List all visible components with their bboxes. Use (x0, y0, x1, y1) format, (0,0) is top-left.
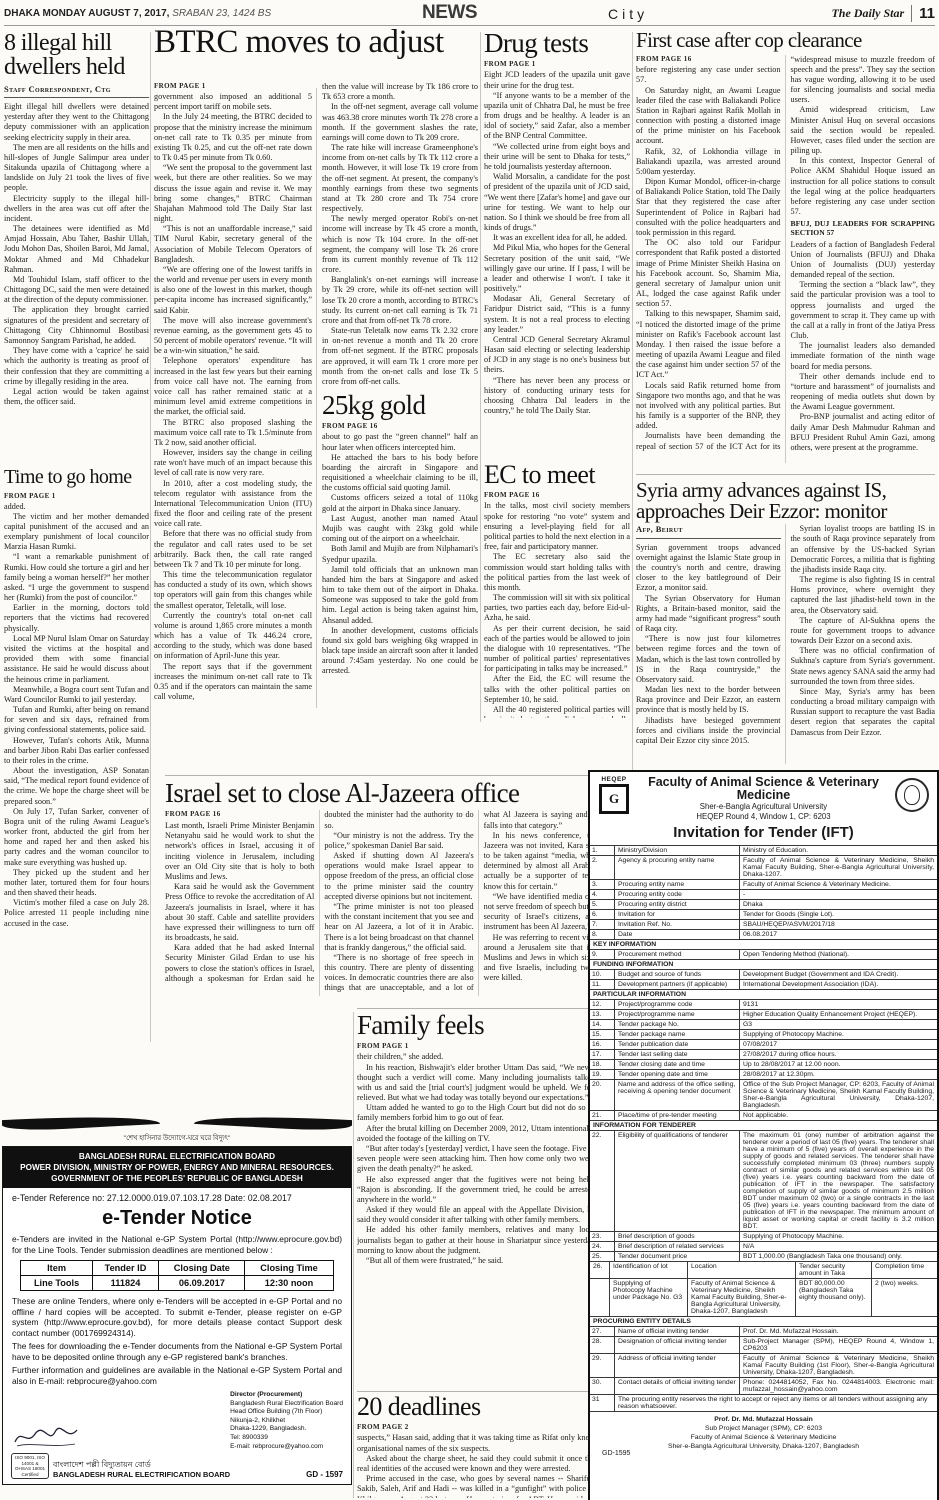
ift-n: 12. (590, 1000, 615, 1009)
headline: Drug tests (484, 30, 630, 56)
article-body: suspects,” Hasan said, adding that it wa… (357, 1433, 595, 1498)
ift-value: Supplying of Photocopy Machine. (740, 1030, 937, 1039)
ift-n: 19. (590, 1070, 615, 1079)
paragraph: suspects,” Hasan said, adding that it wa… (357, 1433, 595, 1453)
horizontal-rule (636, 474, 935, 475)
paragraph: He added his other family members, relat… (357, 1225, 595, 1256)
ift-row: 1.Ministry/DivisionMinistry of Education… (590, 845, 937, 855)
ift-label: Invitation Ref. No. (615, 920, 740, 929)
paragraph: Syrian government troops advanced overni… (636, 543, 781, 594)
paragraph: The Syrian Observatory for Human Rights,… (636, 594, 781, 635)
lot-cell-security: BDT 80,000.00 (Bangladesh Taka eighty th… (796, 1279, 872, 1316)
ift-row: 16.Tender publication date07/08/2017 (590, 1039, 937, 1049)
ift-row: 27.Name of official inviting tenderProf.… (590, 1326, 937, 1336)
ift-n: 30. (590, 1378, 615, 1394)
paragraph: Before that there was no official study … (154, 529, 312, 570)
paragraph: Legal action would be taken against them… (4, 387, 149, 407)
paragraph: The move will also increase government's… (154, 316, 312, 357)
cell-closing-date: 06.09.2017 (159, 1276, 245, 1291)
paragraph: The report says that if the government i… (154, 662, 312, 703)
vertical-rule (480, 32, 481, 722)
ad-body: BANGLADESH RURAL ELECTRIFICATION BOARD P… (2, 1146, 352, 1485)
article-body: In the talks, most civil society members… (484, 501, 630, 718)
ift-row: 29.Address of official inviting tenderFa… (590, 1353, 937, 1377)
ift-row: 24.Brief description of related services… (590, 1241, 937, 1251)
vertical-rule (353, 1012, 354, 1498)
continuation-slug: FROM PAGE 1 (154, 82, 312, 90)
ift-n: 16. (590, 1040, 615, 1049)
masthead-block: The Daily Star 11 (831, 5, 935, 22)
paragraph: their children,” she added. (357, 1052, 595, 1062)
lot-number: 26. (590, 1262, 610, 1279)
col-header-closing-time: Closing Time (245, 1261, 333, 1276)
paragraph: Rafik, 32, of Lokhondia village in Balia… (636, 147, 781, 178)
paragraph: The newly merged operator Robi's on-net … (322, 214, 478, 275)
ift-row: 14.Tender package No.G3 (590, 1019, 937, 1029)
paragraph: The OC also told our Faridpur correspond… (636, 238, 781, 309)
text-line: Dhaka-1229, Bangladesh. (230, 1425, 343, 1434)
article-20-deadlines: 20 deadlines FROM PAGE 2 suspects,” Hasa… (357, 1394, 595, 1498)
ift-label: Procuring entity code (615, 890, 740, 899)
horizontal-rule (357, 1008, 595, 1009)
paragraph: The rate hike will increase Grameenphone… (322, 143, 478, 214)
text-line: Sub Project Manager (SPM), CP: 6203 (596, 1424, 931, 1433)
ift-n: 20. (590, 1080, 615, 1110)
ift-label: Tender package name (615, 1030, 740, 1039)
ift-label: Name and address of the office selling, … (615, 1080, 740, 1110)
paragraph: “The prime minister is not too pleased w… (324, 902, 473, 953)
article-subhead: BFUJ, DUJ LEADERS FOR SCRAPPING SECTION … (791, 219, 936, 237)
paragraph: Modasar Ali, General Secretary of Faridp… (484, 294, 630, 335)
ift-row: 11.Development partners (if applicable)I… (590, 979, 937, 989)
paragraph: Syrian loyalist troops are battling IS i… (791, 524, 936, 575)
ift-n: 9. (590, 950, 615, 959)
ad-org-band: BANGLADESH RURAL ELECTRIFICATION BOARD P… (3, 1147, 351, 1188)
article-body: FROM PAGE 16 Last month, Israeli Prime M… (165, 810, 633, 996)
ift-value: Development Budget (Government and IDA C… (740, 970, 937, 979)
paragraph: Locals said Rafik returned home from Sin… (636, 381, 781, 432)
lot-header-completion: Completion time (872, 1262, 937, 1279)
paragraph: Since May, Syria's army has been conduct… (791, 687, 936, 738)
ift-label: Name of official inviting tender (615, 1327, 740, 1336)
paragraph: Uttam added he wanted to go to the High … (357, 1103, 595, 1123)
paragraph: The capture of Al-Sukhna opens the route… (791, 616, 936, 647)
ift-gd-number: GD-1595 (596, 1450, 939, 1459)
section-label-city: City (608, 6, 648, 22)
ift-label: Place/time of pre-tender meeting (615, 1111, 740, 1120)
article-israel: Israel set to close Al-Jazeera office FR… (165, 780, 633, 1006)
wing-left-icon (2, 1112, 160, 1132)
article-body: added.The victim and her mother demanded… (4, 502, 149, 929)
paragraph: In the talks, most civil society members… (484, 501, 630, 552)
ift-row: 13.Project/programme nameHigher Educatio… (590, 1009, 937, 1019)
paragraph: Banglalink's on-net earnings will increa… (322, 275, 478, 326)
vertical-rule (150, 32, 151, 1042)
ift-n: 21. (590, 1111, 615, 1120)
ad-org-footer: বাংলাদেশ পল্লী বিদ্যুতায়ন বোর্ড BANGLAD… (53, 1460, 230, 1479)
article-ec-to-meet: EC to meet FROM PAGE 16 In the talks, mo… (484, 462, 630, 718)
text-line: Prof. Dr. Md. Mufazzal Hossain (596, 1415, 931, 1424)
ift-value: Not applicable. (740, 1111, 937, 1120)
ift-value: Office of the Sub Project Manager, CP: 6… (740, 1080, 937, 1110)
paragraph: Asked if they would file an appeal with … (357, 1205, 595, 1225)
article-btrc-headline: BTRC moves to adjust (154, 26, 478, 80)
ift-n: 28. (590, 1337, 615, 1353)
paragraph: The commission will sit with six politic… (484, 593, 630, 624)
paragraph: before registering any case under sectio… (636, 65, 781, 85)
ift-n: 22. (590, 1131, 615, 1231)
paragraph: Terming the section a “black law”, they … (791, 280, 936, 341)
lot-header-identification: Identification of lot (610, 1262, 688, 1279)
ift-value: Faculty of Animal Science & Veterinary M… (740, 880, 937, 889)
paragraph: Dipon Kumar Mondol, officer-in-charge of… (636, 177, 781, 238)
vertical-rule (632, 32, 633, 776)
col-header-item: Item (21, 1261, 92, 1276)
university-crest-icon (895, 778, 929, 812)
ift-value: Faculty of Animal Science & Veterinary M… (740, 856, 937, 879)
ift-n: 3. (590, 880, 615, 889)
newspaper-page: DHAKA MONDAY AUGUST 7, 2017, SRABAN 23, … (0, 0, 939, 1500)
text-line: Head Office Building (7th Floor) (230, 1408, 343, 1417)
paragraph: Leaders of a faction of Bangladesh Feder… (791, 240, 936, 281)
ift-row: 6.Invitation forTender for Goods (Single… (590, 909, 937, 919)
article-body: Eight JCD leaders of the upazila unit ga… (484, 70, 630, 416)
paragraph: The EC secretary also said the commissio… (484, 552, 630, 593)
article-body-text: Syrian government troops advanced overni… (636, 524, 935, 746)
ift-n: 27. (590, 1327, 615, 1336)
paragraph: The application they brought carried sig… (4, 305, 149, 346)
cell-tender-id: 111824 (92, 1276, 158, 1291)
headline: 8 illegal hill dwellers held (4, 32, 149, 79)
paragraph: State-run Teletalk now earns Tk 2.32 cro… (322, 326, 478, 387)
ift-value: 06.08.2017 (740, 930, 937, 939)
text-line: Bangladesh Rural Electrification Board (230, 1400, 343, 1409)
continuation-slug: FROM PAGE 1 (4, 492, 149, 500)
article-body: then the value will increase by Tk 186 c… (322, 82, 478, 388)
ad-decorative-wings (2, 1110, 352, 1132)
paragraph: He also expressed anger that the fugitiv… (357, 1175, 595, 1206)
ad-title: e-Tender Notice (3, 1207, 351, 1230)
ift-n: 23. (590, 1232, 615, 1241)
article-drug-tests: Drug tests FROM PAGE 1 Eight JCD leaders… (484, 30, 630, 460)
ift-label: Tender publication date (615, 1040, 740, 1049)
ift-value: - (740, 890, 937, 899)
ift-label: Designation of official inviting tender (615, 1337, 740, 1353)
paragraph: It was an excellent idea for all, he add… (484, 233, 630, 243)
ad-slogan: ''শেখ হাসিনার উদ্যোগে-ঘরে ঘরে বিদ্যুৎ'' (2, 1132, 352, 1144)
ift-value: Open Tendering Method (National). (740, 950, 937, 959)
ift-notice: HEQEP G Faculty of Animal Science & Vete… (588, 770, 939, 1500)
ift-label: Procurement method (615, 950, 740, 959)
ift-row: 18.Tender closing date and timeUp to 28/… (590, 1059, 937, 1069)
paragraph: Amid widespread criticism, Law Minister … (791, 105, 936, 156)
col-header-tender-id: Tender ID (92, 1261, 158, 1276)
ift-label: Procuring entity district (615, 900, 740, 909)
article-body-text: Last month, Israeli Prime Minister Benja… (165, 810, 633, 996)
ift-row: 20.Name and address of the office sellin… (590, 1079, 937, 1110)
paragraph: “We sent the proposal to the government … (154, 163, 312, 224)
ift-label: Agency & procuring entity name (615, 856, 740, 879)
lot-cell-blank (590, 1279, 610, 1316)
paragraph: about to go past the “green channel” hal… (322, 432, 478, 452)
paragraph: On July 17, Tufan Sarker, convener of Bo… (4, 807, 149, 868)
ift-label: Budget and source of funds (615, 970, 740, 979)
paragraph: Electricity supply to the illegal hill-d… (4, 194, 149, 225)
paragraph: added. (4, 502, 149, 512)
ift-n: 14. (590, 1020, 615, 1029)
text-line: Director (Procurement) (230, 1391, 343, 1400)
paragraph: “But after today's [yesterday] verdict, … (357, 1144, 595, 1175)
paragraph: In 2010, after a cost modeling study, th… (154, 479, 312, 530)
paragraph: Meanwhile, a Bogra court sent Tufan and … (4, 685, 149, 705)
paragraph: Eight JCD leaders of the upazila unit ga… (484, 70, 630, 90)
article-time-to-go-home: Time to go home FROM PAGE 1 added.The vi… (4, 468, 149, 1044)
ad-gd-number: GD - 1597 (306, 1470, 343, 1479)
ift-row: 19.Tender opening date and time28/08/201… (590, 1069, 937, 1079)
paragraph: As per their current decision, he said e… (484, 624, 630, 675)
ift-label: Contact details of official inviting ten… (615, 1378, 740, 1394)
headline: EC to meet (484, 462, 630, 487)
article-syria: Syria army advances against IS, approach… (636, 480, 935, 774)
ift-section-header: INFORMATION FOR TENDERER (590, 1120, 937, 1130)
ift-n: 8. (590, 930, 615, 939)
iso-badge: ISO 9001, ISO 14001 & OHSAS 18001 Certif… (11, 1453, 49, 1479)
ift-lot-table: 26. Identification of lot Location Tende… (590, 1261, 937, 1316)
paragraph: Madan lies next to the border between Ra… (636, 685, 781, 716)
continuation-slug: FROM PAGE 16 (322, 422, 478, 430)
article-body: Afp, Beirut Syrian government troops adv… (636, 524, 935, 764)
ift-value: Ministry of Education. (740, 846, 937, 855)
byline: Afp, Beirut (636, 524, 781, 539)
paragraph: In his reaction, Bishwajit's elder broth… (357, 1063, 595, 1104)
note-text: The procuring entity reserves the right … (615, 1395, 937, 1411)
ad-tender-table: Item Tender ID Closing Date Closing Time… (20, 1260, 333, 1291)
ift-value: Higher Education Quality Enhancement Pro… (740, 1010, 937, 1019)
ift-n: 1. (590, 846, 615, 855)
paragraph: Asked about the charge sheet, he said th… (357, 1454, 595, 1474)
paragraph: After the Eid, the EC will resume the ta… (484, 674, 630, 705)
ift-n: 6. (590, 910, 615, 919)
ad-paragraph: The fees for downloading the e-Tender do… (3, 1341, 351, 1362)
ift-n: 29. (590, 1354, 615, 1377)
ift-label: Project/programme code (615, 1000, 740, 1009)
ift-row: 4.Procuring entity code- (590, 889, 937, 899)
text-line: Faculty of Animal Science & Veterinary M… (596, 1433, 931, 1442)
continuation-slug: FROM PAGE 16 (484, 491, 630, 499)
ift-row: 8.Date06.08.2017 (590, 929, 937, 939)
ift-row: 5.Procuring entity districtDhaka (590, 899, 937, 909)
continuation-slug: FROM PAGE 1 (484, 60, 630, 68)
paragraph: At present, there are 13.5 crore registe… (322, 387, 478, 388)
ift-label: Address of official inviting tender (615, 1354, 740, 1377)
ift-label: Brief description of related services (615, 1242, 740, 1251)
headline: Family feels (357, 1012, 595, 1038)
ift-label: Tender package No. (615, 1020, 740, 1029)
ift-row: 23.Brief description of goodsSupplying o… (590, 1231, 937, 1241)
paragraph: government also imposed an additional 5 … (154, 92, 312, 112)
paragraph: “We collected urine from eight boys and … (484, 142, 630, 173)
paragraph: “There is now just four kilometres betwe… (636, 634, 781, 685)
ift-row: 10.Budget and source of fundsDevelopment… (590, 969, 937, 979)
article-btrc-col2: then the value will increase by Tk 186 c… (322, 82, 478, 388)
paragraph: Prime accused in the case, who goes by s… (357, 1474, 595, 1498)
paragraph: Central JCD General Secretary Akramul Ha… (484, 335, 630, 376)
ift-row: 7.Invitation Ref. No.SBAU/HEQEP/ASVM/201… (590, 919, 937, 929)
ift-label: Brief description of goods (615, 1232, 740, 1241)
article-btrc-col1: FROM PAGE 1 government also imposed an a… (154, 82, 312, 710)
page-number: 11 (911, 5, 935, 22)
paragraph: Earlier in the morning, doctors told rep… (4, 603, 149, 634)
paragraph: Tufan and Rumki, after being on remand f… (4, 705, 149, 736)
paragraph: “I want a remarkable punishment of Rumki… (4, 552, 149, 603)
lot-header-security: Tender security amount in Taka (796, 1262, 872, 1279)
paragraph: The detainees were identified as Md Amja… (4, 224, 149, 275)
paragraph: “This is not an unaffordable increase,” … (154, 224, 312, 265)
ift-value: 28/08/2017 at 12.30pm. (740, 1070, 937, 1079)
ift-label: Tender last selling date (615, 1050, 740, 1059)
paragraph: Customs officers seized a total of 110kg… (322, 493, 478, 513)
ift-value: SBAU/HEQEP/ASVM/2017/18 (740, 920, 937, 929)
ift-row: 22.Eligibility of qualifications of tend… (590, 1130, 937, 1231)
ift-section-header: PROCURING ENTITY DETAILS (590, 1316, 937, 1326)
ift-value: Faculty of Animal Science & Veterinary M… (740, 1354, 937, 1377)
continuation-slug: FROM PAGE 16 (636, 55, 781, 64)
paragraph: However, insiders say the change in ceil… (154, 448, 312, 479)
ad-paragraph: Further information and guidelines are a… (3, 1365, 351, 1386)
article-first-case: First case after cop clearance FROM PAGE… (636, 30, 935, 472)
ift-n: 15. (590, 1030, 615, 1039)
ift-row: 21.Place/time of pre-tender meetingNot a… (590, 1110, 937, 1120)
article-body: their children,” she added.In his reacti… (357, 1052, 595, 1266)
ift-n: 2. (590, 856, 615, 879)
ift-header: HEQEP G Faculty of Animal Science & Vete… (590, 772, 937, 845)
heqep-logo-icon: G (599, 784, 629, 814)
ift-value: G3 (740, 1020, 937, 1029)
paragraph: “We are offering one of the lowest tarif… (154, 265, 312, 316)
continuation-slug: FROM PAGE 16 (165, 810, 314, 819)
text-line: Tel: 8900339 (230, 1434, 343, 1443)
ift-label: Eligibility of qualifications of tendere… (615, 1131, 740, 1231)
continuation-slug: FROM PAGE 1 (357, 1042, 595, 1050)
paragraph: Asked if shutting down Al Jazeera's oper… (324, 851, 473, 902)
article-hill-dwellers: 8 illegal hill dwellers held Staff Corre… (4, 32, 149, 466)
ift-rows-lower: PROCURING ENTITY DETAILS27.Name of offic… (590, 1316, 937, 1394)
paragraph: However, Tufan's cohorts Atik, Munna and… (4, 736, 149, 767)
heqep-label: HEQEP (596, 776, 632, 783)
ift-value: 9131 (740, 1000, 937, 1009)
paragraph: Telephone operators' expenditure has inc… (154, 356, 312, 417)
ift-org-title: Faculty of Animal Science & Veterinary M… (634, 776, 893, 802)
ift-label: Invitation for (615, 910, 740, 919)
ift-n: 25. (590, 1252, 615, 1261)
ift-section-header: FUNDING INFORMATION (590, 959, 937, 969)
col-header-closing-date: Closing Date (159, 1261, 245, 1276)
paragraph: Local MP Nurul Islam Omar on Saturday vi… (4, 634, 149, 685)
ift-rows-upper: 1.Ministry/DivisionMinistry of Education… (590, 845, 937, 1261)
ift-section-header: KEY INFORMATION (590, 939, 937, 949)
section-label-news: NEWS (422, 2, 477, 24)
headline: BTRC moves to adjust (154, 26, 478, 58)
paragraph: After the brutal killing on December 200… (357, 1124, 595, 1144)
paragraph: Currently the country's total on-net cal… (154, 611, 312, 662)
ift-value: Tender for Goods (Single Lot). (740, 910, 937, 919)
paragraph: Kara said he would ask the Government Pr… (165, 882, 314, 943)
ift-label: Development partners (if applicable) (615, 980, 740, 989)
ift-n: 4. (590, 890, 615, 899)
masthead: The Daily Star (831, 6, 904, 21)
paragraph: Pro-BNP journalist and acting editor of … (791, 412, 936, 453)
ift-org-sub1: Sher-e-Bangla Agricultural University (634, 802, 893, 812)
table-row: Line Tools 111824 06.09.2017 12:30 noon (21, 1276, 333, 1291)
ift-value: 07/08/2017 (740, 1040, 937, 1049)
ift-value: Dhaka (740, 900, 937, 909)
ift-value: International Development Association (I… (740, 980, 937, 989)
ift-n: 18. (590, 1060, 615, 1069)
paragraph: They have come with a 'caprice' he said … (4, 346, 149, 387)
ift-org-sub2: HEQEP Round 4, Window 1, CP: 6203 (634, 812, 893, 822)
paragraph: then the value will increase by Tk 186 c… (322, 82, 478, 102)
horizontal-rule (165, 775, 633, 776)
paragraph: Eight illegal hill dwellers were detaine… (4, 102, 149, 143)
cell-item: Line Tools (21, 1276, 92, 1291)
ift-row: 15.Tender package nameSupplying of Photo… (590, 1029, 937, 1039)
ift-n: 13. (590, 1010, 615, 1019)
vertical-rule (316, 88, 317, 708)
ift-title: Invitation for Tender (IFT) (634, 824, 893, 841)
ift-section-header: PARTICULAR INFORMATION (590, 989, 937, 999)
headline: First case after cop clearance (636, 30, 935, 51)
paragraph: Md Touhidul Islam, staff officer to the … (4, 275, 149, 306)
ad-org-line3: GOVERNMENT OF THE PEOPLES' REPUBLIC OF B… (7, 1173, 347, 1184)
article-body: government also imposed an additional 5 … (154, 92, 312, 702)
paragraph: “If anyone wants to be a member of the u… (484, 91, 630, 142)
paragraph: Jihadists have besieged government force… (636, 716, 781, 747)
paragraph: About the investigation, ASP Sonatan sai… (4, 766, 149, 807)
paragraph: The BTRC also proposed slashing the maxi… (154, 418, 312, 449)
ift-value: Prof. Dr. Md. Mufazzal Hossain. (740, 1327, 937, 1336)
ift-value: Phone: 0244814052, Fax No. 0244814003. E… (740, 1378, 937, 1394)
ift-signature-block: Prof. Dr. Md. Mufazzal HossainSub Projec… (590, 1411, 937, 1454)
paragraph: Both Jamil and Mujib are from Nilphamari… (322, 544, 478, 564)
ift-row: 12.Project/programme code9131 (590, 999, 937, 1009)
paragraph: Last month, Israeli Prime Minister Benja… (165, 821, 314, 882)
text-line: Nikunja-2, Khilkhet (230, 1417, 343, 1426)
signature (11, 1424, 81, 1450)
paragraph: Victim's mother filed a case on July 28.… (4, 898, 149, 929)
article-body: Eight illegal hill dwellers were detaine… (4, 102, 149, 407)
ad-intro: e-Tenders are invited in the National e-… (3, 1234, 351, 1255)
paragraph: Their other demands include end to “tort… (791, 372, 936, 413)
ad-org-line1: BANGLADESH RURAL ELECTRIFICATION BOARD (7, 1151, 347, 1162)
article-body: about to go past the “green channel” hal… (322, 432, 478, 676)
lot-header-location: Location (688, 1262, 796, 1279)
ift-row: 3.Procuring entity nameFaculty of Animal… (590, 879, 937, 889)
paragraph: The men are all residents on the hills a… (4, 143, 149, 194)
ift-value: N/A (740, 1242, 937, 1251)
ift-label: Tender opening date and time (615, 1070, 740, 1079)
ift-n: 11. (590, 980, 615, 989)
paragraph: Last August, another man named Ataul Muj… (322, 514, 478, 545)
ift-n: 17. (590, 1050, 615, 1059)
paragraph: He attached the bars to his body before … (322, 453, 478, 494)
dateline-date: DHAKA MONDAY AUGUST 7, 2017, (4, 8, 169, 19)
lot-cell-location: Faculty of Animal Science & Veterinary M… (688, 1279, 796, 1316)
ift-label: Project/programme name (615, 1010, 740, 1019)
ift-label: Tender document price (615, 1252, 740, 1261)
lot-cell-completion: 2 (two) weeks. (872, 1279, 937, 1316)
ift-row: 17.Tender last selling date27/08/2017 du… (590, 1049, 937, 1059)
ift-label: Procuring entity name (615, 880, 740, 889)
